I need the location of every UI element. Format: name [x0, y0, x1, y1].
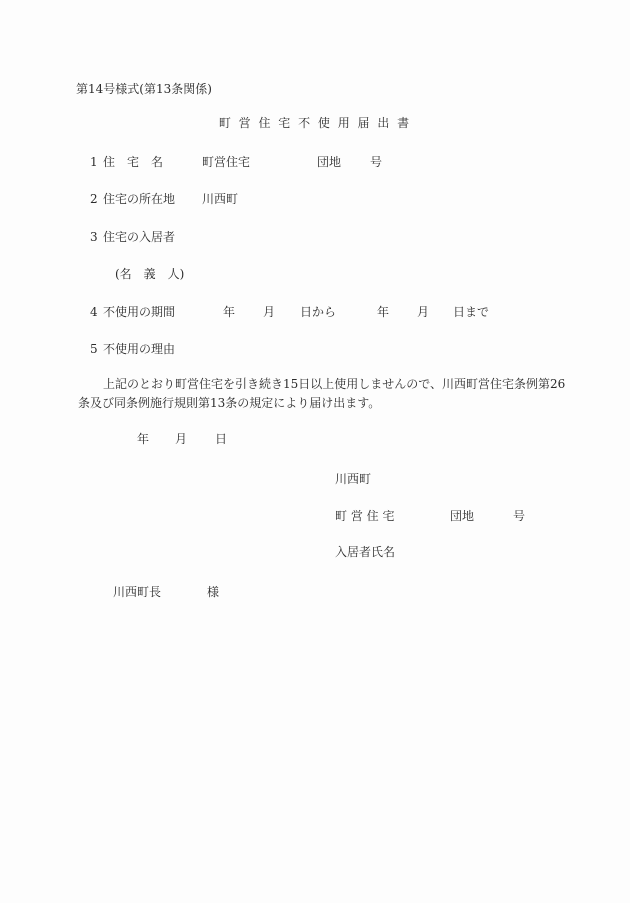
form-document: 第14号様式(第13条関係) 町 営 住 宅 不 使 用 届 出 書 1 住 宅…: [0, 0, 630, 903]
item4-label: 不使用の期間: [103, 305, 175, 319]
item1-label: 住 宅 名: [103, 155, 163, 169]
signature-town: 川西町: [335, 472, 371, 486]
body-line-1: 上記のとおり町営住宅を引き続き15日以上使用しませんので、川西町営住宅条例第26: [103, 377, 565, 391]
addressee-name: 川西町長: [113, 585, 161, 599]
item5-number: 5: [90, 342, 98, 356]
item1-danchi-label: 団地: [317, 155, 341, 169]
period-from-month-label: 月: [263, 305, 275, 319]
period-from-year-label: 年: [223, 305, 235, 319]
item2-location-value: 川西町: [202, 192, 238, 206]
period-to-year-label: 年: [377, 305, 389, 319]
addressee-honorific: 様: [207, 585, 219, 599]
item2-number: 2: [90, 192, 98, 206]
period-to-month-label: 月: [417, 305, 429, 319]
signature-go-label: 号: [513, 509, 525, 523]
item2-label: 住宅の所在地: [103, 192, 175, 206]
date-day-label: 日: [215, 432, 227, 446]
item3-holder-note: (名 義 人): [115, 267, 184, 281]
item1-number: 1: [90, 155, 98, 169]
period-from-day-label: 日から: [300, 305, 336, 319]
date-month-label: 月: [175, 432, 187, 446]
item3-label: 住宅の入居者: [103, 230, 175, 244]
item5-label: 不使用の理由: [103, 342, 175, 356]
document-title: 町 営 住 宅 不 使 用 届 出 書: [0, 116, 630, 130]
date-year-label: 年: [137, 432, 149, 446]
item3-number: 3: [90, 230, 98, 244]
signature-resident-name-label: 入居者氏名: [335, 545, 395, 559]
signature-danchi-label: 団地: [450, 509, 474, 523]
body-line-2: 条及び同条例施行規則第13条の規定により届け出ます。: [78, 396, 380, 410]
signature-housing-label: 町 営 住 宅: [335, 509, 394, 523]
item1-housing-name: 町営住宅: [202, 155, 250, 169]
item1-go-label: 号: [370, 155, 382, 169]
item4-number: 4: [90, 305, 98, 319]
period-to-day-label: 日まで: [453, 305, 489, 319]
form-number: 第14号様式(第13条関係): [76, 82, 212, 96]
